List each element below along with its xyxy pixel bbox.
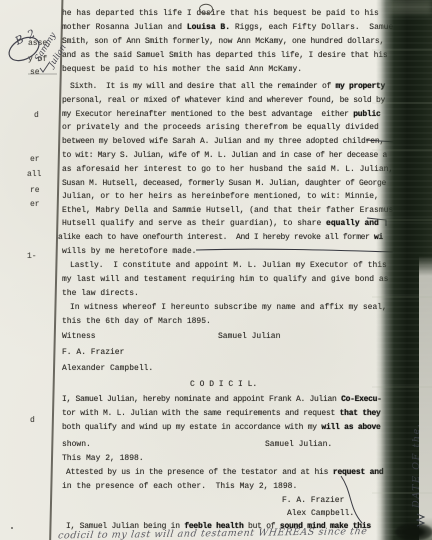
typed-text: bequest be paid to his mother the said A…	[62, 65, 302, 74]
overstruck-text: that they	[340, 409, 381, 418]
typed-text: wills by me heretofore made.	[62, 247, 196, 256]
typed-line: Hutsell qualify and serve as their guard…	[62, 219, 379, 229]
typed-text: Julian, or to her heirs as hereinbefore …	[62, 192, 379, 201]
typed-line: he has departed this life I desire that …	[62, 9, 379, 19]
pen-line-after-made	[196, 249, 393, 252]
typed-line: Ethel, Mabry Della and Sammie Hutsell, (…	[62, 206, 393, 216]
typed-text: F. A. Frazier	[282, 496, 344, 505]
overstruck-text: will as above	[321, 423, 380, 432]
typed-line: shown.	[62, 440, 91, 450]
typed-text: mother Rosanna Julian and	[62, 23, 187, 32]
typed-text: this the 6th day of March 1895.	[62, 317, 211, 326]
typed-text: This May 2, 1898.	[62, 454, 144, 463]
typed-text: between my beloved wife Sarah A. Julian …	[62, 137, 384, 146]
typed-line: personal, real or mixed of whatever kind…	[62, 96, 385, 106]
typed-line: Lastly. I constitute and appoint M. L. J…	[70, 261, 387, 271]
typed-line: in the presence of each other. This May …	[62, 482, 297, 492]
typed-text: as aforesaid her interest to go to her h…	[62, 165, 393, 174]
typed-text: the law directs.	[62, 289, 139, 298]
typed-text: C O D I C I L.	[190, 380, 257, 389]
typed-line: or privately and the proceeds arising th…	[62, 123, 379, 133]
typed-line: my Executor hereinafter mentioned to the…	[62, 110, 381, 120]
typed-line: F. A. Frazier	[62, 348, 124, 358]
typed-text: In witness whereof I hereunto subscribe …	[70, 303, 387, 312]
typed-line: this the 6th day of March 1895.	[62, 317, 211, 327]
margin-fragment: all	[27, 170, 41, 179]
typed-text: Sixth. It is my will and desire that all…	[70, 82, 336, 91]
typed-line: Samuel Julian.	[265, 440, 332, 450]
typed-text: Samuel Julian.	[265, 440, 332, 449]
typed-line: Sixth. It is my will and desire that all…	[70, 82, 385, 92]
typed-line: the law directs.	[62, 289, 139, 299]
typed-line: C O D I C I L.	[190, 380, 257, 390]
scanned-document-page: he has departed this life I desire that …	[0, 0, 432, 540]
typed-line: to wit: Mary S. Julian, wife of M. L. Ju…	[62, 151, 387, 161]
page-fold-line	[49, 0, 63, 540]
typed-text: Alex Campbell.	[287, 509, 354, 518]
typed-text: Susan M. Hutsell, deceased, formerly Sus…	[62, 179, 386, 188]
typed-line: mother Rosanna Julian and Louisa B. Rigg…	[62, 23, 398, 33]
margin-fragment: se	[30, 68, 40, 77]
typed-line: Smith, son of Ann Smith formerly, now An…	[62, 37, 384, 47]
typed-text: my Executor hereinafter mentioned to the…	[62, 110, 353, 119]
typed-line: and as the said Samuel Smith has departe…	[62, 51, 388, 61]
typed-line: This May 2, 1898.	[62, 454, 144, 464]
typed-text: alike each to have onefourth interest. A…	[58, 233, 374, 242]
typed-text: Alexander Campbell.	[62, 364, 153, 373]
typed-text: Attested by us in the presence of the te…	[66, 468, 333, 477]
typed-line: as aforesaid her interest to go to her h…	[62, 165, 393, 175]
typed-text: or privately and the proceeds arising th…	[62, 123, 379, 132]
margin-fragment: re	[30, 186, 40, 195]
typed-text: Riggs, each Fifty Dollars. Samuel	[230, 23, 398, 32]
margin-fragment: 1-	[27, 252, 37, 261]
side-date-annotation: DATE OF the.	[411, 423, 422, 508]
typed-line: I, Samuel Julian, hereby nominate and ap…	[62, 395, 382, 405]
typed-text: tor with M. L. Julian with the same requ…	[62, 409, 340, 418]
typed-text: and as the said Samuel Smith has departe…	[62, 51, 388, 60]
band-top-mottle	[388, 0, 432, 14]
typed-line: Julian, or to her heirs as hereinbefore …	[62, 192, 379, 202]
typed-text: my last will and testament requiring him…	[62, 275, 388, 284]
typed-text: to wit: Mary S. Julian, wife of M. L. Ju…	[62, 151, 387, 160]
typed-line: Witness	[62, 332, 96, 342]
typed-text: F. A. Frazier	[62, 348, 124, 357]
overstruck-text: equally and	[326, 219, 379, 228]
margin-fragment: er	[30, 155, 40, 164]
typed-text: I, Samuel Julian, hereby nominate and ap…	[62, 395, 341, 404]
stray-dot	[11, 527, 13, 529]
typed-text: Witness	[62, 332, 96, 341]
typed-line: Alexander Campbell.	[62, 364, 153, 374]
typed-line: In witness whereof I hereunto subscribe …	[70, 303, 387, 313]
typed-line: bequest be paid to his mother the said A…	[62, 65, 302, 75]
typed-text: Smith, son of Ann Smith formerly, now An…	[62, 37, 384, 46]
typed-line: Alex Campbell.	[287, 509, 354, 519]
overstruck-text: Louisa B.	[187, 23, 230, 32]
typed-line: Susan M. Hutsell, deceased, formerly Sus…	[62, 179, 386, 189]
typed-line: F. A. Frazier	[282, 496, 344, 506]
margin-fragment: d	[30, 416, 35, 425]
typed-text: personal, real or mixed of whatever kind…	[62, 96, 385, 105]
typed-text: Lastly. I constitute and appoint M. L. J…	[70, 261, 387, 270]
typed-line: tor with M. L. Julian with the same requ…	[62, 409, 381, 419]
typed-line: between my beloved wife Sarah A. Julian …	[62, 137, 384, 147]
typed-text: shown.	[62, 440, 91, 449]
typed-text: Hutsell qualify and serve as their guard…	[62, 219, 326, 228]
typed-text: in the presence of each other. This May …	[62, 482, 297, 491]
typed-line: my last will and testament requiring him…	[62, 275, 388, 285]
typed-text: he has departed this life I desire that …	[62, 9, 379, 18]
typed-text: Samuel Julian	[218, 332, 280, 341]
margin-fragment: er	[30, 200, 40, 209]
typed-text: both qualify and wind up my estate in ac…	[62, 423, 321, 432]
typed-text: Ethel, Mabry Della and Sammie Hutsell, (…	[62, 206, 393, 215]
margin-fragment: d	[34, 111, 39, 120]
typed-line: Attested by us in the presence of the te…	[66, 468, 383, 478]
typed-line: Samuel Julian	[218, 332, 280, 342]
typed-line: alike each to have onefourth interest. A…	[58, 233, 383, 243]
typed-line: both qualify and wind up my estate in ac…	[62, 423, 381, 433]
typed-line: wills by me heretofore made.	[62, 247, 196, 257]
bottom-right-smudge	[395, 523, 432, 540]
